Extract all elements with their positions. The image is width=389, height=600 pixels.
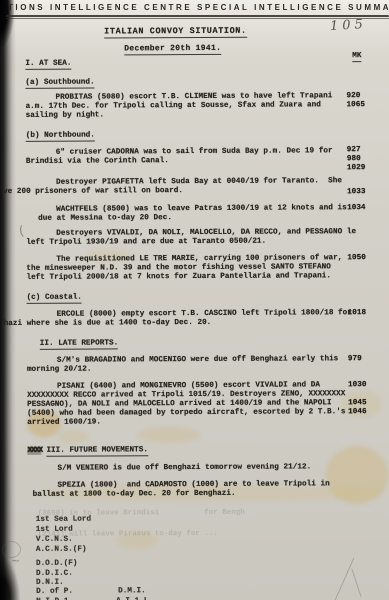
paragraph-line: S/M's BRAGADINO and MOCENIGO were due of… [57,355,338,365]
section-heading-future-movements: XXXX III. FUTURE MOVEMENTS. [27,446,148,456]
paragraph-line: morning 20/12. [27,366,92,375]
paragraph-line: hazi where she is due at 1400 to-day Dec… [4,319,212,329]
paragraph-line: Brindisi via the Corinth Canal. [26,157,169,167]
paragraph-line: (5400) who had been damaged by torpedo a… [27,408,345,419]
margin-ref: 1030 [348,381,367,390]
margin-ref: 1029 [347,164,366,173]
distribution-item: D.N.I. [36,579,64,588]
paragraph-line: 6" cruiser CADORNA was to sail from Suda… [56,147,333,157]
paragraph-line: ballast at 1800 to-day Dec. 20 for Bengh… [33,490,236,500]
distribution-item: 1st Lord [36,526,73,535]
distribution-item: D.O.D.(F) [36,560,78,569]
distribution-item: 1st Sea Lord [36,516,91,525]
paragraph-line: left Tripoli 1930/19 and are due at Tara… [26,238,266,248]
struck-out-text: XXXX [27,447,41,455]
distribution-item: D.D.I.C. [36,570,73,579]
paragraph-line: due at Messina to-day 20 Dec. [38,214,172,224]
margin-ref: 920 [346,92,360,101]
margin-ref: 1033 [347,188,366,197]
margin-ref: 980 [347,155,361,164]
distribution-item: D.M.I. [118,587,146,596]
paragraph-line: a.m. 17th Dec. for Tripoli calling at So… [26,101,321,112]
distribution-item: A.C.N.S.(F) [36,546,87,555]
margin-ref: 1018 [348,309,367,318]
doc-date: December 20th 1941. [124,44,221,54]
distribution-item: D. of P. [36,588,73,597]
margin-ref: 1045 [348,399,367,408]
subsection-heading-southbound: (a) Southbound. [25,79,94,88]
subsection-heading-coastal: (c) Coastal. [27,294,82,303]
paragraph-line: left Tripoli 2000/18 at 7 knots for Zuar… [26,272,331,283]
margin-ref: 1065 [347,101,366,110]
paragraph-line: arrived 1600/19. [27,418,101,427]
margin-ref: 1034 [347,204,366,213]
margin-ref: 979 [348,355,362,364]
distribution-item: V.C.N.S. [36,536,73,545]
doc-title: ITALIAN CONVOY SITUATION. [104,27,247,37]
subsection-heading-northbound: (b) Northbound. [26,132,95,141]
margin-ref: 1050 [347,254,366,263]
scanned-document-page: TIONS INTELLIGENCE CENTRE SPECIAL INTELL… [0,0,389,600]
margin-ref: 927 [347,146,361,155]
paragraph-line: sailing by night. [26,111,104,120]
paragraph-line: WACHTFELS (8500) was to leave Patras 130… [56,204,347,215]
section-heading-at-sea: I. AT SEA. [25,60,71,69]
typed-content-layer: ITALIAN CONVOY SITUATION. December 20th … [0,0,389,600]
paragraph-line: ve 200 prisoners of war still on board. [3,187,183,197]
punch-hole-mark [2,541,21,558]
margin-ref: 1046 [348,408,367,417]
ref-column-header: MK [352,52,361,61]
paragraph-line: Destroyer PIGAFETTA left Suda Bay at 004… [56,177,342,187]
paragraph-line: S/M VENIERO is due off Benghazi tomorrow… [57,463,311,473]
section-heading-late-reports: II. LATE REPORTS. [40,339,118,348]
